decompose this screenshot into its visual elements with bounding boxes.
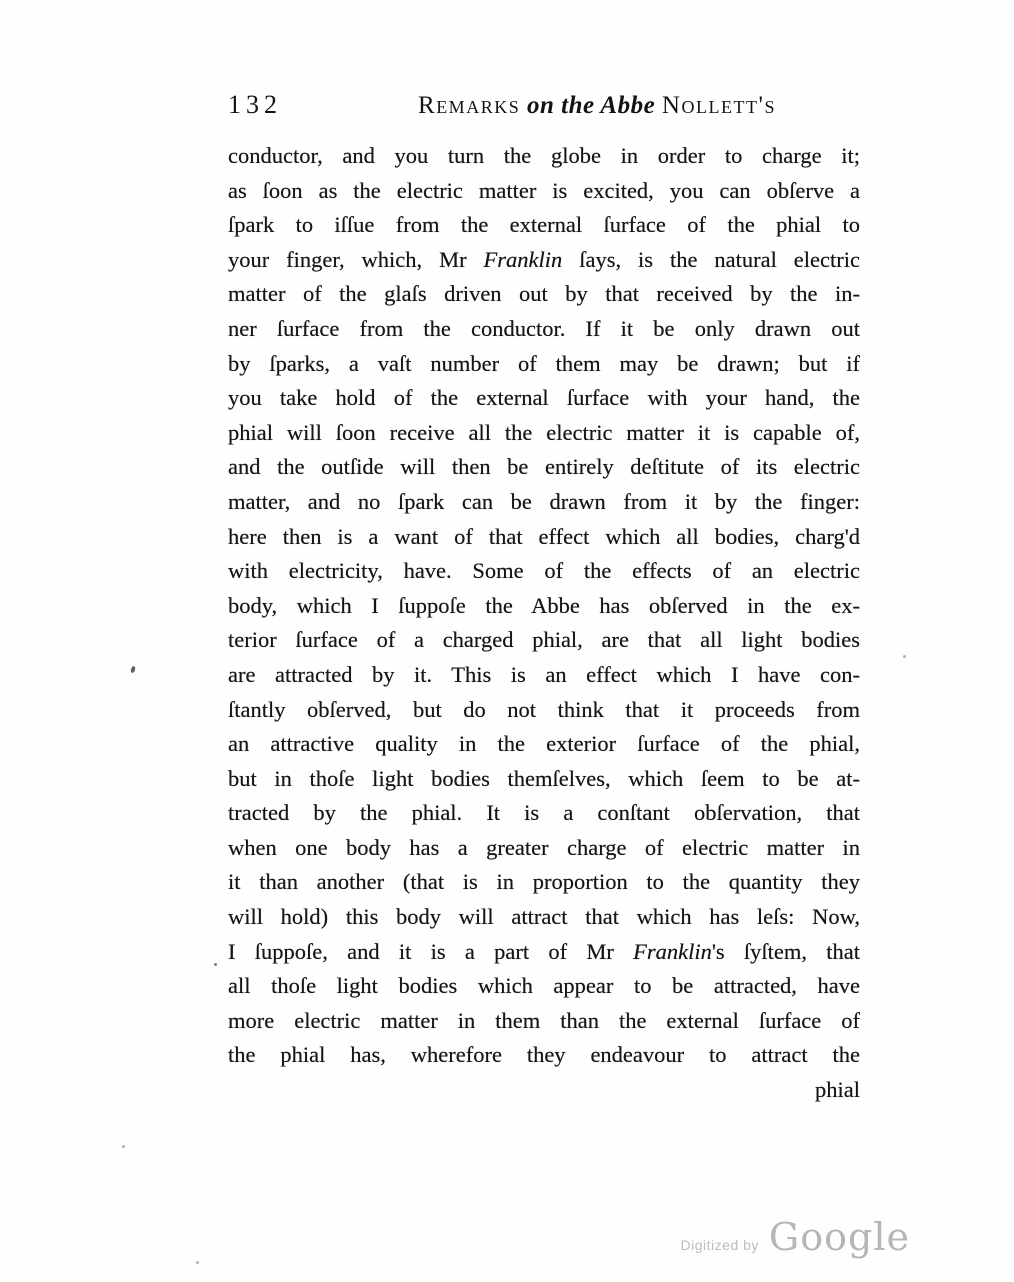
- text-line: are attracted by it. This is an effect w…: [228, 658, 860, 693]
- text-line: you take hold of the external ſurface wi…: [228, 381, 860, 416]
- ink-speck: [130, 666, 136, 674]
- running-title: Remarks on the Abbe Nollett's: [306, 92, 860, 120]
- digitized-by-label: Digitized by: [681, 1237, 759, 1253]
- text-line: as ſoon as the electric matter is excite…: [228, 174, 860, 209]
- text-line: ſtantly obſerved, but do not think that …: [228, 693, 860, 728]
- page-number: 132: [228, 90, 306, 120]
- text-line: when one body has a greater charge of el…: [228, 831, 860, 866]
- text-line: the phial has, wherefore they endeavour …: [228, 1038, 860, 1073]
- text-line: here then is a want of that effect which…: [228, 520, 860, 555]
- google-logo: Google: [769, 1218, 910, 1256]
- ink-speck: [903, 655, 906, 658]
- running-head: 132 Remarks on the Abbe Nollett's: [228, 90, 860, 120]
- text-line: all thoſe light bodies which appear to b…: [228, 969, 860, 1004]
- text-line: with electricity, have. Some of the effe…: [228, 554, 860, 589]
- text-line: it than another (that is in proportion t…: [228, 865, 860, 900]
- catchword: phial: [228, 1073, 860, 1108]
- text-line: I ſuppoſe, and it is a part of Mr Frankl…: [228, 935, 860, 970]
- body-text: conductor, and you turn the globe in ord…: [228, 139, 860, 1108]
- text-line: body, which I ſuppoſe the Abbe has obſer…: [228, 589, 860, 624]
- text-line: terior ſurface of a charged phial, are t…: [228, 623, 860, 658]
- text-line: will hold) this body will attract that w…: [228, 900, 860, 935]
- ink-speck: [122, 1145, 125, 1148]
- text-line: matter of the glaſs driven out by that r…: [228, 277, 860, 312]
- text-line: ner ſurface from the conductor. If it be…: [228, 312, 860, 347]
- ink-speck: [214, 963, 217, 966]
- text-line: your finger, which, Mr Franklin ſays, is…: [228, 243, 860, 278]
- ink-speck: [196, 1261, 199, 1264]
- text-line: but in thoſe light bodies themſelves, wh…: [228, 762, 860, 797]
- text-line: by ſparks, a vaſt number of them may be …: [228, 347, 860, 382]
- text-line: tracted by the phial. It is a conſtant o…: [228, 796, 860, 831]
- text-line: ſpark to iſſue from the external ſurface…: [228, 208, 860, 243]
- text-line: more electric matter in them than the ex…: [228, 1004, 860, 1039]
- digitization-watermark: Digitized by Google: [681, 1218, 910, 1256]
- text-line: and the outſide will then be entirely de…: [228, 450, 860, 485]
- text-line: an attractive quality in the exterior ſu…: [228, 727, 860, 762]
- book-page-scan: 132 Remarks on the Abbe Nollett's conduc…: [0, 0, 1014, 1282]
- text-line: phial will ſoon receive all the electric…: [228, 416, 860, 451]
- text-line: matter, and no ſpark can be drawn from i…: [228, 485, 860, 520]
- text-line: conductor, and you turn the globe in ord…: [228, 139, 860, 174]
